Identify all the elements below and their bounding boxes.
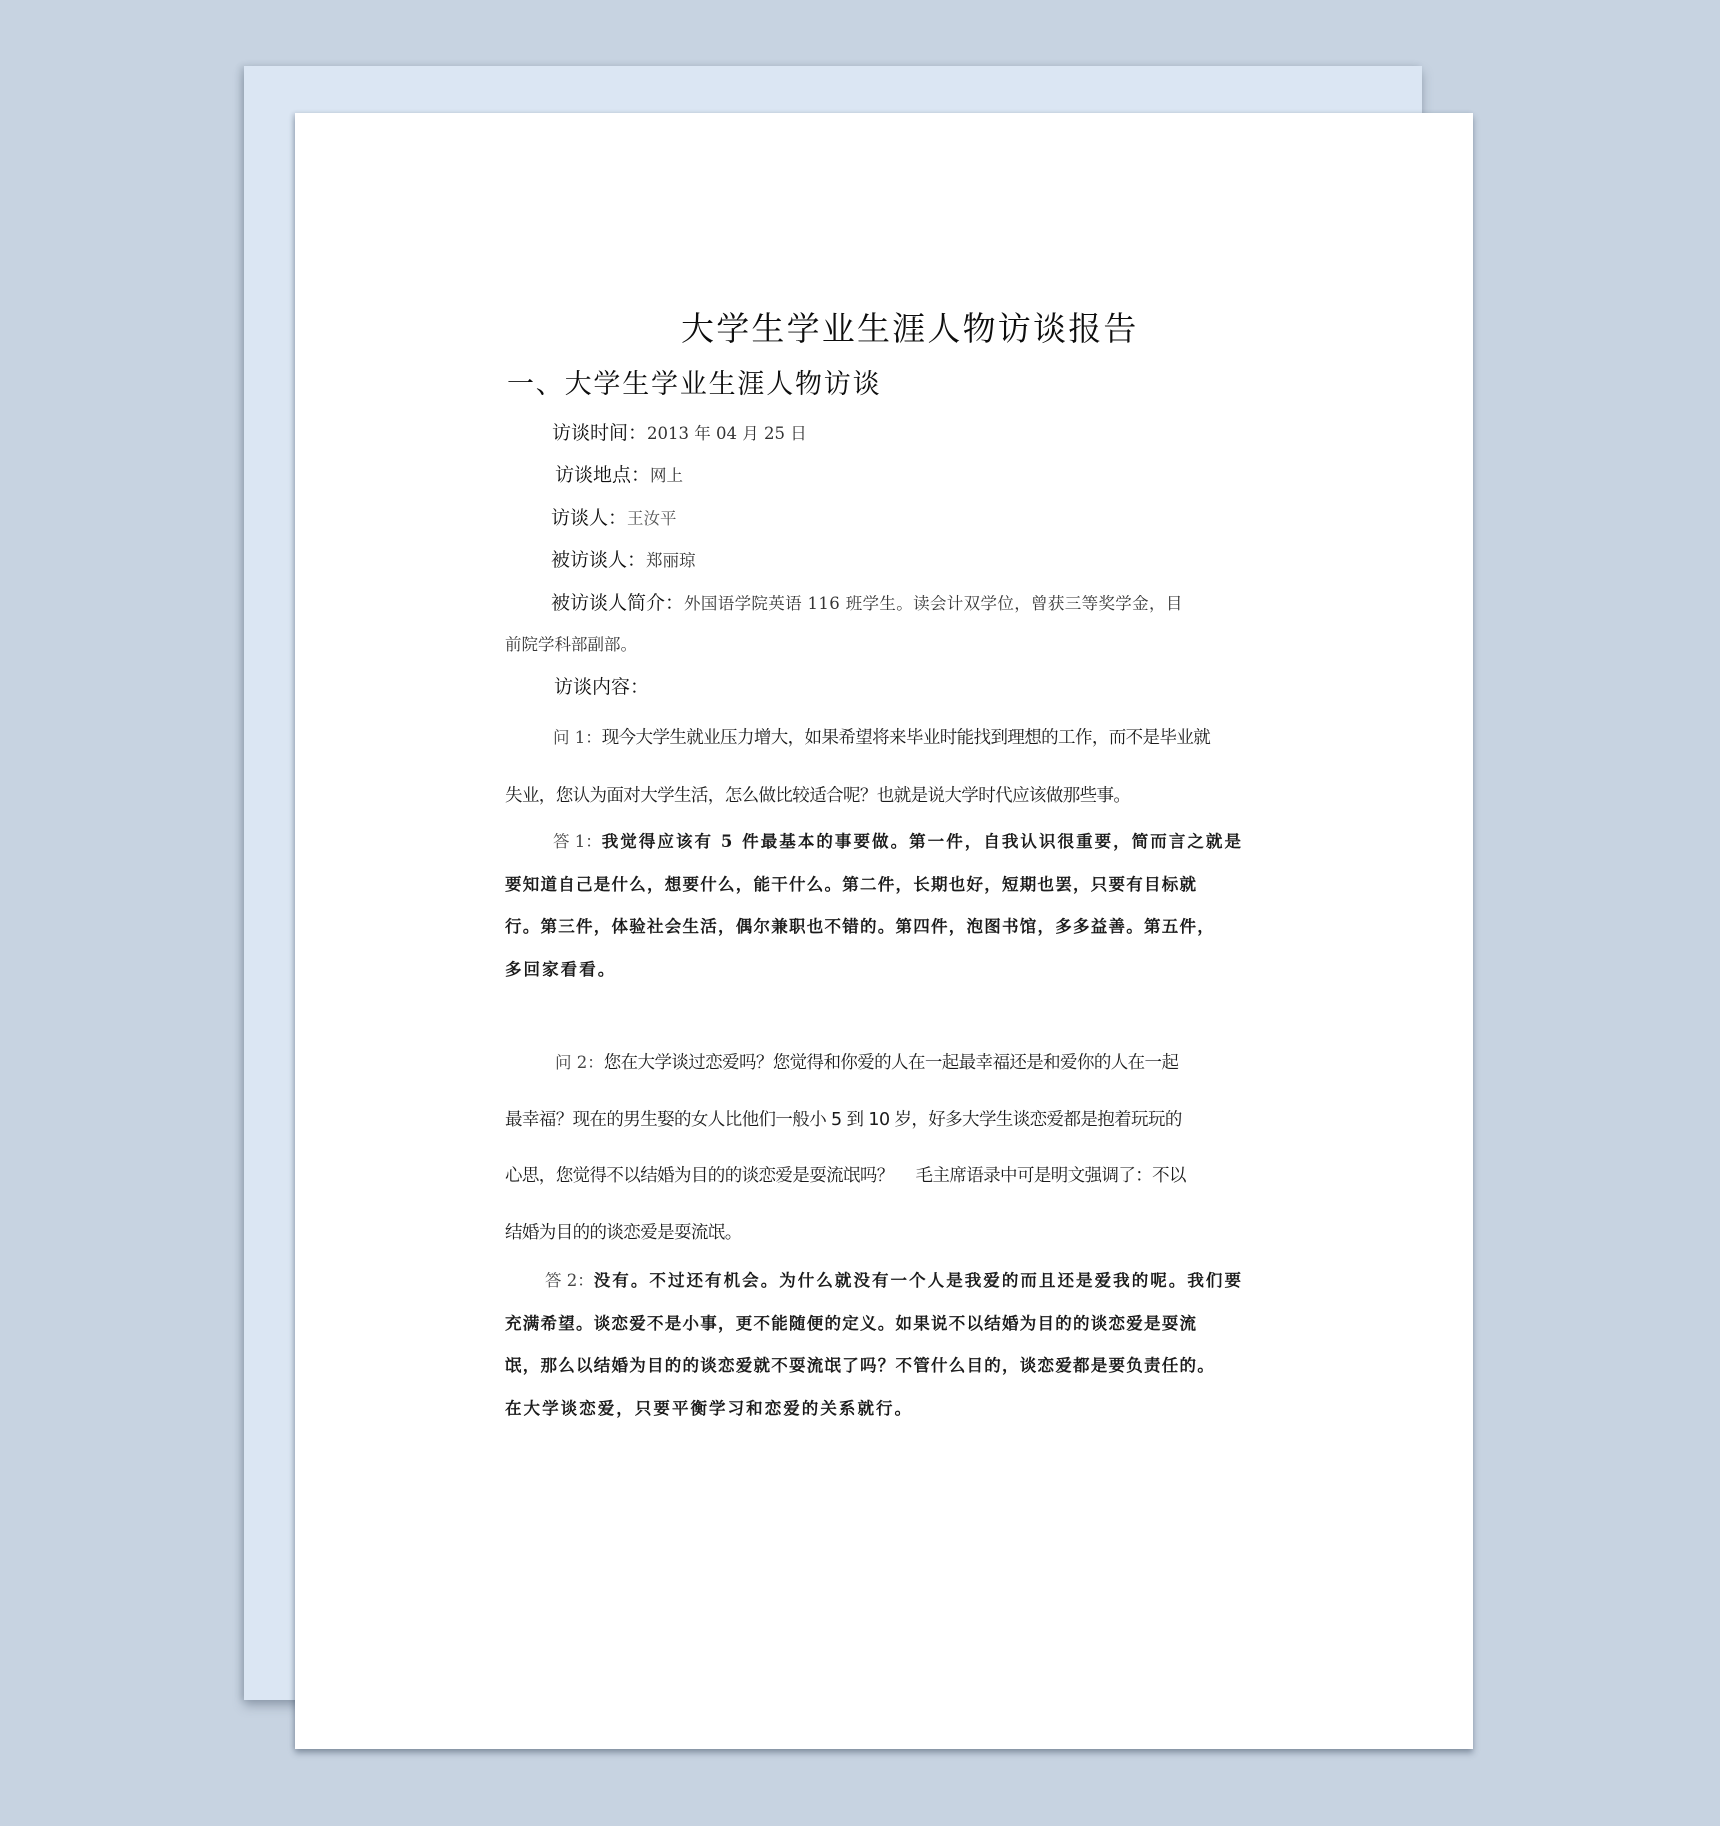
answer-1-line-3: 行。第三件，体验社会生活，偶尔兼职也不错的。第四件，泡图书馆，多多益善。第五件， <box>505 919 1215 936</box>
info-profile-label: 被访谈人简介： <box>551 592 684 614</box>
info-profile-value: 外国语学院英语 116 班学生。读会计双学位，曾获三等奖学金，目 <box>684 594 1183 613</box>
document-page: 大学生学业生涯人物访谈报告 一、大学生学业生涯人物访谈 访谈时间：2013 年 … <box>295 113 1473 1749</box>
answer-2-text: 没有。不过还有机会。为什么就没有一个人是我爱的而且还是爱我的呢。我们要 <box>594 1271 1243 1290</box>
question-1-prefix: 问 1： <box>553 728 602 747</box>
info-interviewer-label: 访谈人： <box>551 507 627 529</box>
info-interviewee: 被访谈人：郑丽琼 <box>551 551 696 570</box>
answer-1-line-4: 多回家看看。 <box>505 962 616 979</box>
answer-1-line-2: 要知道自己是什么，想要什么，能干什么。第二件，长期也好，短期也罢，只要有目标就 <box>505 877 1197 894</box>
answer-2-line-3: 氓，那么以结婚为目的的谈恋爱就不耍流氓了吗？不管什么目的，谈恋爱都是要负责任的。 <box>505 1358 1215 1375</box>
question-2-line-1: 问 2：您在大学谈过恋爱吗？您觉得和你爱的人在一起最幸福还是和爱你的人在一起 <box>555 1055 1178 1073</box>
question-2-line-4: 结婚为目的的谈恋爱是耍流氓。 <box>505 1225 742 1243</box>
document-title: 大学生学业生涯人物访谈报告 <box>681 312 1139 345</box>
info-interviewer-value: 王汝平 <box>627 509 677 528</box>
section-heading: 一、大学生学业生涯人物访谈 <box>507 371 881 398</box>
info-place: 访谈地点：网上 <box>555 466 683 485</box>
question-1-text: 现今大学生就业压力增大，如果希望将来毕业时能找到理想的工作，而不是毕业就 <box>602 728 1210 748</box>
question-2-text: 您在大学谈过恋爱吗？您觉得和你爱的人在一起最幸福还是和爱你的人在一起 <box>604 1053 1179 1073</box>
info-time-label: 访谈时间： <box>552 422 647 444</box>
answer-1-text: 我觉得应该有 5 件最基本的事要做。第一件，自我认识很重要，简而言之就是 <box>602 832 1243 851</box>
answer-2-line-4: 在大学谈恋爱，只要平衡学习和恋爱的关系就行。 <box>505 1401 913 1418</box>
question-2-line-3: 心思，您觉得不以结婚为目的的谈恋爱是耍流氓吗？ 毛主席语录中可是明文强调了：不以 <box>505 1168 1186 1186</box>
question-2-line-2: 最幸福？现在的男生娶的女人比他们一般小 5 到 10 岁，好多大学生谈恋爱都是抱… <box>505 1112 1182 1130</box>
answer-2-prefix: 答 2： <box>545 1271 594 1290</box>
info-place-label: 访谈地点： <box>555 464 650 486</box>
info-interviewer: 访谈人：王汝平 <box>551 509 677 528</box>
info-place-value: 网上 <box>650 466 683 485</box>
question-1-line-1: 问 1：现今大学生就业压力增大，如果希望将来毕业时能找到理想的工作，而不是毕业就 <box>553 730 1210 748</box>
info-content-label: 访谈内容： <box>554 678 649 697</box>
info-interviewee-label: 被访谈人： <box>551 549 646 571</box>
question-2-prefix: 问 2： <box>555 1053 604 1072</box>
answer-2-line-2: 充满希望。谈恋爱不是小事，更不能随便的定义。如果说不以结婚为目的的谈恋爱是耍流 <box>505 1316 1197 1333</box>
answer-1-line-1: 答 1：我觉得应该有 5 件最基本的事要做。第一件，自我认识很重要，简而言之就是 <box>553 834 1243 851</box>
answer-2-line-1: 答 2：没有。不过还有机会。为什么就没有一个人是我爱的而且还是爱我的呢。我们要 <box>545 1273 1243 1290</box>
info-profile-continued: 前院学科部副部。 <box>505 637 637 654</box>
info-time-value: 2013 年 04 月 25 日 <box>647 424 807 443</box>
question-1-line-2: 失业，您认为面对大学生活，怎么做比较适合呢？也就是说大学时代应该做那些事。 <box>505 788 1130 806</box>
info-interviewee-value: 郑丽琼 <box>646 551 696 570</box>
info-time: 访谈时间：2013 年 04 月 25 日 <box>552 424 807 443</box>
info-profile: 被访谈人简介：外国语学院英语 116 班学生。读会计双学位，曾获三等奖学金，目 <box>551 594 1183 613</box>
answer-1-prefix: 答 1： <box>553 832 602 851</box>
